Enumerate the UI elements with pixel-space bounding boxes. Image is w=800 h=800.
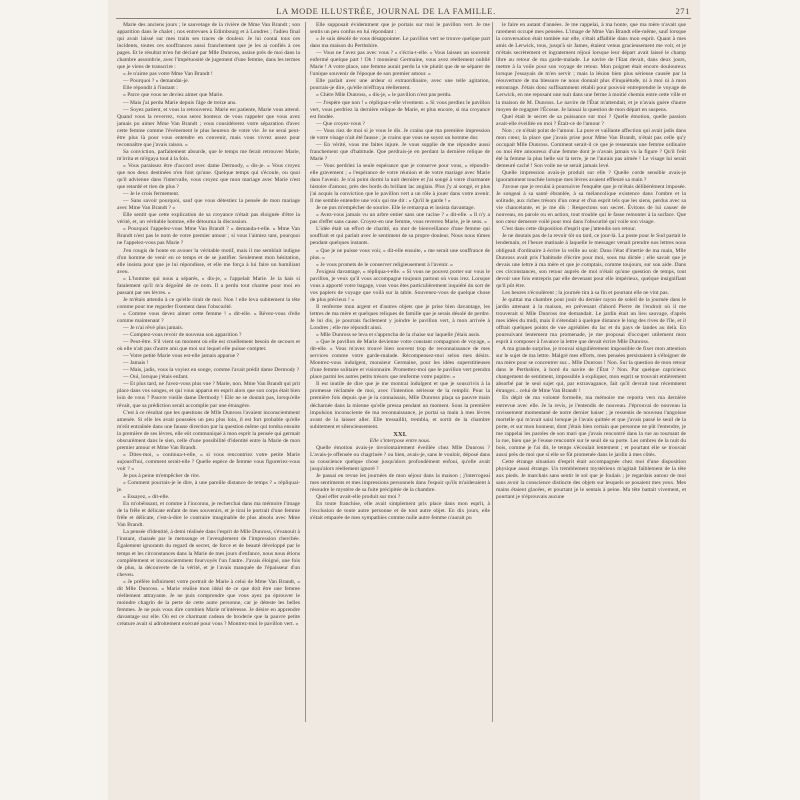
paragraph: — Vous perdriez la seule espérance que j… <box>310 163 490 205</box>
paragraph: « Chère Mlle Dunross, » dis-je, « le pav… <box>310 92 490 99</box>
paragraph: A ma grande surprise, je trouvai singuli… <box>496 346 686 395</box>
paragraph: C'est à ce résultat que les questions de… <box>117 410 300 452</box>
paragraph: Je quittai ma chambre pour jouir du dern… <box>496 297 686 346</box>
paragraph: « Je vous promets de le conserver religi… <box>310 262 490 269</box>
paragraph: Je ne pus m'empêcher de sourire. Elle le… <box>310 205 490 212</box>
paragraph: — Vous ne l'avez pas avec vous ? » s'écr… <box>310 50 490 78</box>
paragraph: « Dites-moi, » continua-t-elle, « si vou… <box>117 452 300 473</box>
paragraph: — Comptez-vous revoir de nouveau son app… <box>117 332 300 339</box>
paragraph: « Comme vous devez aimer cette femme ! »… <box>117 311 300 325</box>
paragraph: Je passai en revue les journées de mon s… <box>310 473 490 494</box>
paragraph: L'idée était un effort de charité, un mo… <box>310 226 490 247</box>
paragraph: La pensée d'identité, à demi réalisée da… <box>117 529 300 578</box>
paragraph: Sa conviction, parfaitement absurde, que… <box>117 149 300 163</box>
header-rule <box>116 18 691 19</box>
paragraph: « Je n'aime pas votre Mme Van Brandt ! <box>117 71 300 78</box>
paragraph: Cette étrange situation d'esprit était a… <box>496 459 686 501</box>
paragraph: le faire en autant d'années. Je me rappe… <box>496 22 686 114</box>
paragraph: En dépit de ma volonté formelle, ma mémo… <box>496 395 686 458</box>
paragraph: — Sans savoir pourquoi, sauf que vous dé… <box>117 198 300 212</box>
paragraph: « Pourquoi l'appelez-vous Mme Van Brandt… <box>117 226 300 247</box>
paragraph: Elle supposait évidemment que je portais… <box>310 22 490 36</box>
paragraph: Quel était le secret de sa puissance sur… <box>496 114 686 128</box>
paragraph: « Vous paraissez être d'accord avec dame… <box>117 163 300 191</box>
paragraph: — Mais j'ai perdu Marie depuis l'âge de … <box>117 100 300 107</box>
paragraph: J'en rougis de honte en avouer la vérita… <box>117 248 300 276</box>
paragraph: « Comment pourrais-je le dire, à une par… <box>117 480 300 494</box>
paragraph: Quelle émotion avais-je involontairement… <box>310 445 490 473</box>
paragraph: En m'obéissant, et comme à l'inconnu, je… <box>117 501 300 529</box>
page-number: 271 <box>675 6 690 16</box>
paragraph: — Peut-être. S'il vient un moment où ell… <box>117 339 300 353</box>
paragraph: « Que je ne puisse vous voir, » dit-elle… <box>310 248 490 262</box>
running-title: LA MODE ILLUSTRÉE, JOURNAL DE LA FAMILLE… <box>176 6 596 16</box>
paragraph: — Soyez patient, et vous la retrouverez.… <box>117 107 300 149</box>
paragraph: Quelle impression avais-je produit sur e… <box>496 170 686 184</box>
paragraph: Je pus à peine m'empêcher de rire. <box>117 473 300 480</box>
paragraph: Il renferme mon argent et d'autres objet… <box>310 304 490 332</box>
column-divider <box>305 22 306 722</box>
paragraph: — Je n'ai rêvé plus jamais. <box>117 325 300 332</box>
paragraph: « Que le pavillon de Marie devienne votr… <box>310 339 490 381</box>
paragraph: J'avoue que je reculai à poursuivre l'en… <box>496 184 686 226</box>
paragraph: — Et plus tard, ne l'avez-vous plus vue … <box>117 381 300 409</box>
text-column-3: le faire en autant d'années. Je me rappe… <box>496 22 686 722</box>
paragraph: « Essayez, » dit-elle. <box>117 494 300 501</box>
paragraph: « L'homme qui nous a séparés, » dis-je, … <box>117 276 300 297</box>
paragraph: Je ne doutais pas de la revoir tôt ou ta… <box>496 233 686 289</box>
paragraph: Je m'étais attendu à ce qu'elle rirait d… <box>117 297 300 311</box>
paragraph: « Parce que vous ne deviez aimer que Mar… <box>117 92 300 99</box>
text-column-2: Elle supposait évidemment que je portais… <box>310 22 490 722</box>
paragraph: — Oui, lorsque j'étais enfant. <box>117 374 300 381</box>
paragraph: — Pourquoi ? » demandai-je. <box>117 78 300 85</box>
paragraph: — En vérité, vous me faites injure. Je v… <box>310 142 490 163</box>
paragraph: — Vous riez de moi si je vous le dis. Je… <box>310 128 490 142</box>
column-divider <box>492 22 493 722</box>
paragraph: — J'espère que non ! » répliqua-t-elle v… <box>310 100 490 121</box>
chapter-subtitle: Elle s'interpose entre nous. <box>310 438 490 445</box>
paragraph: J'exigeai davantage, » répliqua-t-elle. … <box>310 269 490 304</box>
paragraph: « Avez-vous jamais vu un arbre entier sa… <box>310 212 490 226</box>
paragraph: — Que croyez-vous ? <box>310 121 490 128</box>
paragraph: Non ; ce n'était point de l'amour. La pu… <box>496 128 686 170</box>
text-column-1: Marie des anciens jours ; le sauvetage d… <box>117 22 300 762</box>
chapter-number: XXI. <box>310 431 490 438</box>
paragraph: C'est dans cette disposition d'esprit qu… <box>496 226 686 233</box>
paragraph: — Jamais ! <box>117 360 300 367</box>
paragraph: Les heures s'écoulèrent ; la journée tir… <box>496 290 686 297</box>
paragraph: Il est inutile de dire que je me montrai… <box>310 381 490 430</box>
paragraph: Marie des anciens jours ; le sauvetage d… <box>117 22 300 71</box>
paragraph: — Votre petite Marie vous est-elle jamai… <box>117 353 300 360</box>
paragraph: « Je suis désolé de vous désappointer. L… <box>310 36 490 50</box>
paragraph: En toute franchise, elle avait simplemen… <box>310 501 490 522</box>
paragraph: Elle répondit à l'instant : <box>117 85 300 92</box>
paragraph: « Je préfère infiniment votre portrait d… <box>117 579 300 628</box>
paragraph: Elle parlait avec une ardeur si extraord… <box>310 78 490 92</box>
paragraph: Elle sentit que cette explication de sa … <box>117 212 300 226</box>
paragraph: « Mlle Dunross se leva et s'approcha de … <box>310 332 490 339</box>
